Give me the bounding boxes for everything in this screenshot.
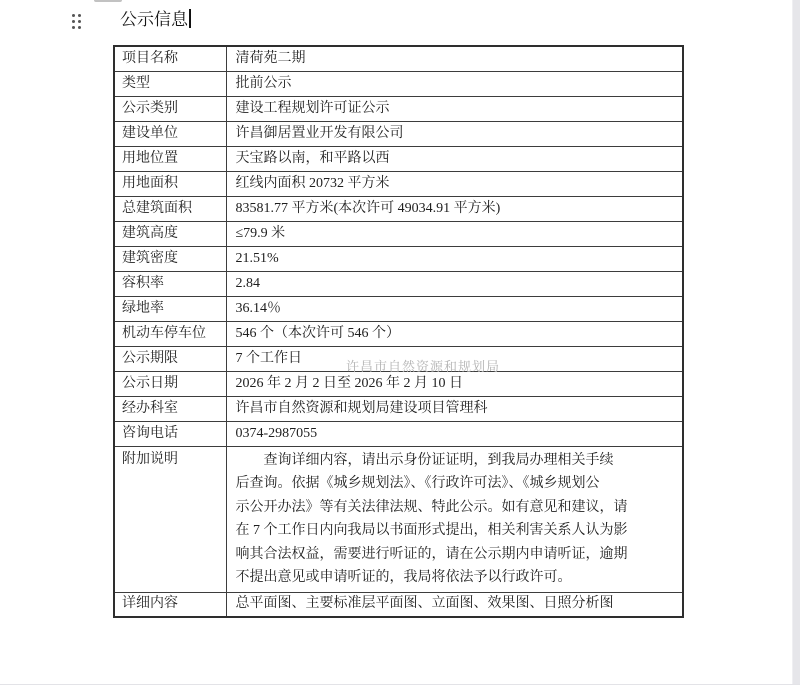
row-value[interactable]: 83581.77 平方米(本次许可 49034.91 平方米) bbox=[226, 196, 683, 221]
public-notice-table: 项目名称 清荷苑二期 类型 批前公示 公示类别 建设工程规划许可证公示 建设单位… bbox=[113, 45, 684, 618]
note-line: 后查询。依据《城乡规划法》、《行政许可法》、《城乡规划公 bbox=[236, 472, 675, 496]
row-value[interactable]: 2026 年 2 月 2 日至 2026 年 2 月 10 日 bbox=[226, 371, 683, 396]
row-label[interactable]: 用地位置 bbox=[114, 146, 226, 171]
row-value[interactable]: 36.14％ bbox=[226, 296, 683, 321]
row-value[interactable]: 546 个（本次许可 546 个） bbox=[226, 321, 683, 346]
page-title[interactable]: 公示信息 bbox=[120, 8, 191, 32]
table-row: 公示期限 7 个工作日 bbox=[114, 346, 683, 371]
row-label[interactable]: 容积率 bbox=[114, 271, 226, 296]
text-cursor bbox=[189, 9, 191, 28]
row-label[interactable]: 公示日期 bbox=[114, 371, 226, 396]
row-label[interactable]: 公示期限 bbox=[114, 346, 226, 371]
row-label[interactable]: 用地面积 bbox=[114, 171, 226, 196]
row-label[interactable]: 类型 bbox=[114, 71, 226, 96]
row-value[interactable]: 2.84 bbox=[226, 271, 683, 296]
row-value[interactable]: 0374-2987055 bbox=[226, 421, 683, 446]
table-row: 用地面积 红线内面积 20732 平方米 bbox=[114, 171, 683, 196]
note-line: 不提出意见或申请听证的，我局将依法予以行政许可。 bbox=[236, 566, 675, 590]
row-label[interactable]: 经办科室 bbox=[114, 396, 226, 421]
note-line: 在 7 个工作日内向我局以书面形式提出，相关利害关系人认为影 bbox=[236, 519, 675, 543]
table-row: 咨询电话 0374-2987055 bbox=[114, 421, 683, 446]
note-line: 示公开办法》等有关法律法规、特此公示。如有意见和建议，请 bbox=[236, 496, 675, 520]
table-row: 总建筑面积 83581.77 平方米(本次许可 49034.91 平方米) bbox=[114, 196, 683, 221]
row-value[interactable]: 许昌市自然资源和规划局建设项目管理科 bbox=[226, 396, 683, 421]
page-title-text: 公示信息 bbox=[120, 10, 188, 29]
table-row: 建筑密度 21.51% bbox=[114, 246, 683, 271]
row-value[interactable]: 红线内面积 20732 平方米 bbox=[226, 171, 683, 196]
row-label[interactable]: 建筑密度 bbox=[114, 246, 226, 271]
table-row: 建设单位 许昌御居置业开发有限公司 bbox=[114, 121, 683, 146]
row-value[interactable]: 清荷苑二期 bbox=[226, 46, 683, 71]
row-value[interactable]: 天宝路以南，和平路以西 bbox=[226, 146, 683, 171]
row-value[interactable]: 许昌御居置业开发有限公司 bbox=[226, 121, 683, 146]
row-label[interactable]: 总建筑面积 bbox=[114, 196, 226, 221]
table-row: 用地位置 天宝路以南，和平路以西 bbox=[114, 146, 683, 171]
row-label[interactable]: 详细内容 bbox=[114, 592, 226, 617]
row-label[interactable]: 咨询电话 bbox=[114, 421, 226, 446]
table-row: 项目名称 清荷苑二期 bbox=[114, 46, 683, 71]
table-row: 建筑高度 ≤79.9 米 bbox=[114, 221, 683, 246]
table-row-notes: 附加说明 查询详细内容，请出示身份证证明，到我局办理相关手续 后查询。依据《城乡… bbox=[114, 446, 683, 592]
row-value[interactable]: 批前公示 bbox=[226, 71, 683, 96]
row-label[interactable]: 公示类别 bbox=[114, 96, 226, 121]
row-label[interactable]: 绿地率 bbox=[114, 296, 226, 321]
row-value[interactable]: ≤79.9 米 bbox=[226, 221, 683, 246]
row-label[interactable]: 项目名称 bbox=[114, 46, 226, 71]
row-value-notes[interactable]: 查询详细内容，请出示身份证证明，到我局办理相关手续 后查询。依据《城乡规划法》、… bbox=[226, 446, 683, 592]
drag-handle-icon[interactable] bbox=[72, 14, 81, 29]
note-line: 响其合法权益，需要进行听证的，请在公示期内申请听证，逾期 bbox=[236, 543, 675, 567]
row-label[interactable]: 建设单位 bbox=[114, 121, 226, 146]
table-row: 经办科室 许昌市自然资源和规划局建设项目管理科 bbox=[114, 396, 683, 421]
row-value[interactable]: 7 个工作日 bbox=[226, 346, 683, 371]
row-value[interactable]: 总平面图、主要标准层平面图、立面图、效果图、日照分析图 bbox=[226, 592, 683, 617]
table-row: 容积率 2.84 bbox=[114, 271, 683, 296]
table-row: 类型 批前公示 bbox=[114, 71, 683, 96]
table-row: 公示类别 建设工程规划许可证公示 bbox=[114, 96, 683, 121]
row-value[interactable]: 21.51% bbox=[226, 246, 683, 271]
note-line: 查询详细内容，请出示身份证证明，到我局办理相关手续 bbox=[236, 449, 675, 473]
row-label[interactable]: 机动车停车位 bbox=[114, 321, 226, 346]
cutoff-toolbar-edge bbox=[94, 0, 122, 2]
table-row: 绿地率 36.14％ bbox=[114, 296, 683, 321]
table-row: 公示日期 2026 年 2 月 2 日至 2026 年 2 月 10 日 bbox=[114, 371, 683, 396]
row-value[interactable]: 建设工程规划许可证公示 bbox=[226, 96, 683, 121]
row-label[interactable]: 附加说明 bbox=[114, 446, 226, 592]
table-row: 详细内容 总平面图、主要标准层平面图、立面图、效果图、日照分析图 bbox=[114, 592, 683, 617]
row-label[interactable]: 建筑高度 bbox=[114, 221, 226, 246]
table-row: 机动车停车位 546 个（本次许可 546 个） bbox=[114, 321, 683, 346]
page-gutter-scrollbar[interactable] bbox=[792, 0, 800, 685]
